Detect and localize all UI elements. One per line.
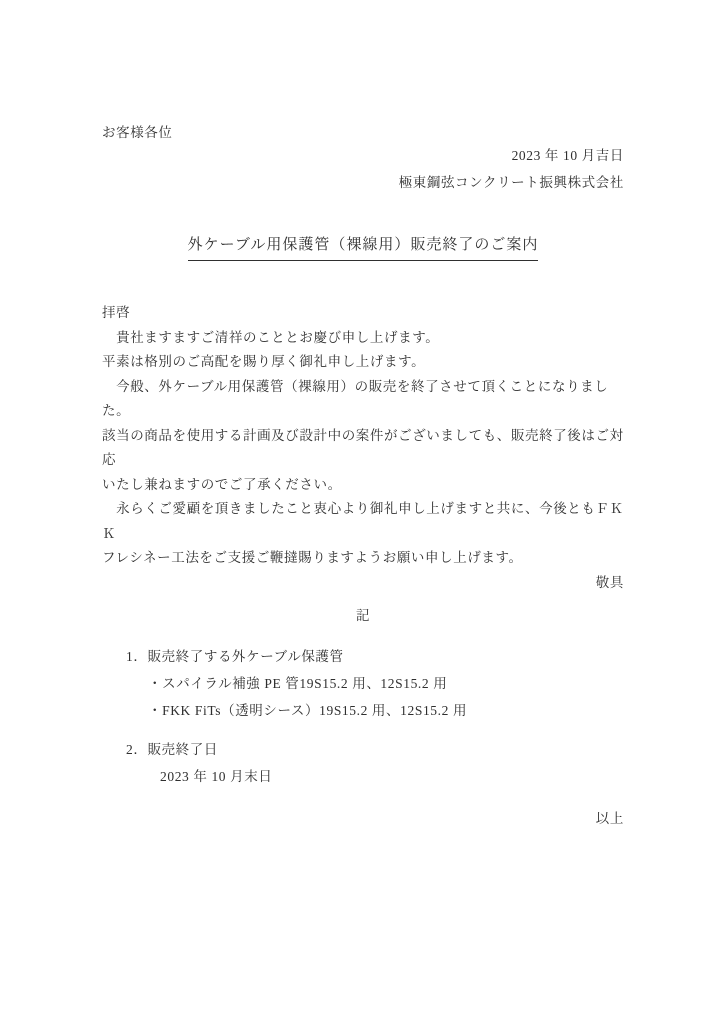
body-line: いたし兼ねますのでご了承ください。 xyxy=(102,473,624,498)
salutation: 拝啓 xyxy=(102,301,624,326)
body-line: 該当の商品を使用する計画及び設計中の案件がございましても、販売終了後はご対応 xyxy=(102,424,624,473)
letter-date: 2023 年 10 月吉日 xyxy=(102,142,624,169)
product-row: ・スパイラル補強 PE 管 19S15.2 用、12S15.2 用 xyxy=(148,670,624,697)
product-name: ・FKK FiTs（透明シース） xyxy=(148,697,319,724)
item1-label: 1．販売終了する外ケーブル保護管 xyxy=(126,643,624,670)
product-spec: 19S15.2 用、12S15.2 用 xyxy=(299,670,447,697)
letter-page: お客様各位 2023 年 10 月吉日 極東鋼弦コンクリート振興株式会社 外ケー… xyxy=(0,0,724,1024)
product-name: ・スパイラル補強 PE 管 xyxy=(148,670,299,697)
product-row: ・FKK FiTs（透明シース） 19S15.2 用、12S15.2 用 xyxy=(148,697,624,724)
body-line: 貴社ますますご清祥のこととお慶び申し上げます。 xyxy=(102,326,624,351)
closing-keigu: 敬具 xyxy=(102,571,624,596)
item2-date: 2023 年 10 月末日 xyxy=(160,763,624,790)
sender-block: 2023 年 10 月吉日 極東鋼弦コンクリート振興株式会社 xyxy=(102,142,624,196)
item2-label: 2．販売終了日 xyxy=(126,736,624,763)
body-line: 永らくご愛顧を頂きましたこと衷心より御礼申し上げますと共に、今後ともＦＫＫ xyxy=(102,497,624,546)
title-row: 外ケーブル用保護管（裸線用）販売終了のご案内 xyxy=(102,232,624,261)
notice-list: 1．販売終了する外ケーブル保護管 ・スパイラル補強 PE 管 19S15.2 用… xyxy=(102,643,624,790)
end-marker-ijou: 以上 xyxy=(102,806,624,831)
document-title: 外ケーブル用保護管（裸線用）販売終了のご案内 xyxy=(188,232,539,261)
body-line: フレシネー工法をご支援ご鞭撻賜りますようお願い申し上げます。 xyxy=(102,546,624,571)
product-spec: 19S15.2 用、12S15.2 用 xyxy=(319,697,467,724)
letter-body: 拝啓 貴社ますますご清祥のこととお慶び申し上げます。 平素は格別のご高配を賜り厚… xyxy=(102,301,624,595)
body-line: 今般、外ケーブル用保護管（裸線用）の販売を終了させて頂くことになりました。 xyxy=(102,375,624,424)
recipient-line: お客様各位 xyxy=(102,124,624,142)
company-name: 極東鋼弦コンクリート振興株式会社 xyxy=(102,169,624,196)
notice-heading-ki: 記 xyxy=(102,603,624,629)
body-line: 平素は格別のご高配を賜り厚く御礼申し上げます。 xyxy=(102,350,624,375)
